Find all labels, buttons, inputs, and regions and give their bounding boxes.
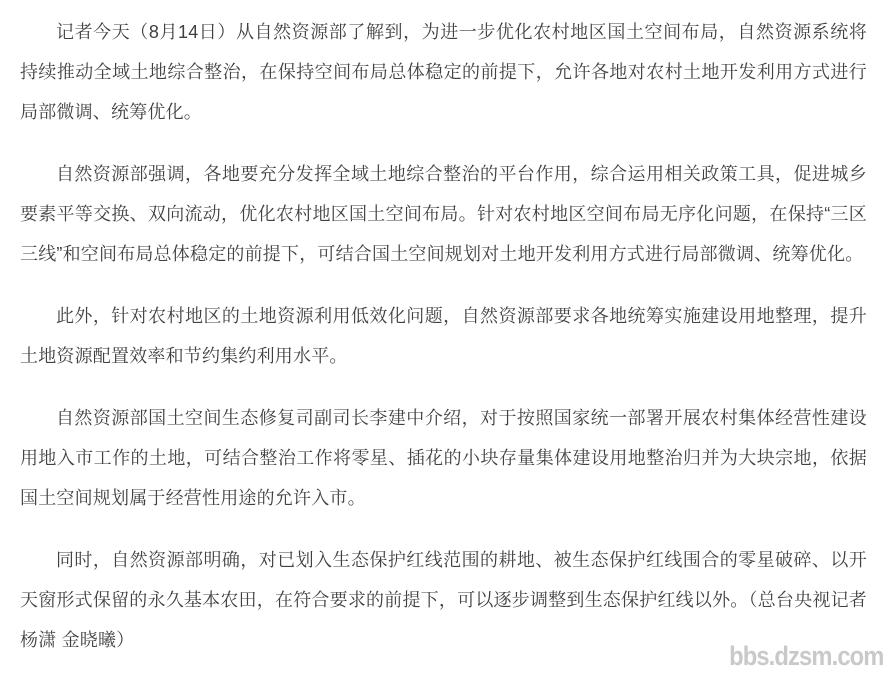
site-watermark: bbs.dzsm.com xyxy=(730,641,884,672)
article-body: 记者今天（8月14日）从自然资源部了解到，为进一步优化农村地区国土空间布局，自然… xyxy=(0,0,889,660)
article-paragraph: 自然资源部强调，各地要充分发挥全域土地综合整治的平台作用，综合运用相关政策工具，… xyxy=(20,154,867,274)
article-paragraph: 自然资源部国土空间生态修复司副司长李建中介绍，对于按照国家统一部署开展农村集体经… xyxy=(20,398,867,518)
article-paragraph: 记者今天（8月14日）从自然资源部了解到，为进一步优化农村地区国土空间布局，自然… xyxy=(20,12,867,132)
article-paragraph: 此外，针对农村地区的土地资源利用低效化问题，自然资源部要求各地统筹实施建设用地整… xyxy=(20,296,867,376)
